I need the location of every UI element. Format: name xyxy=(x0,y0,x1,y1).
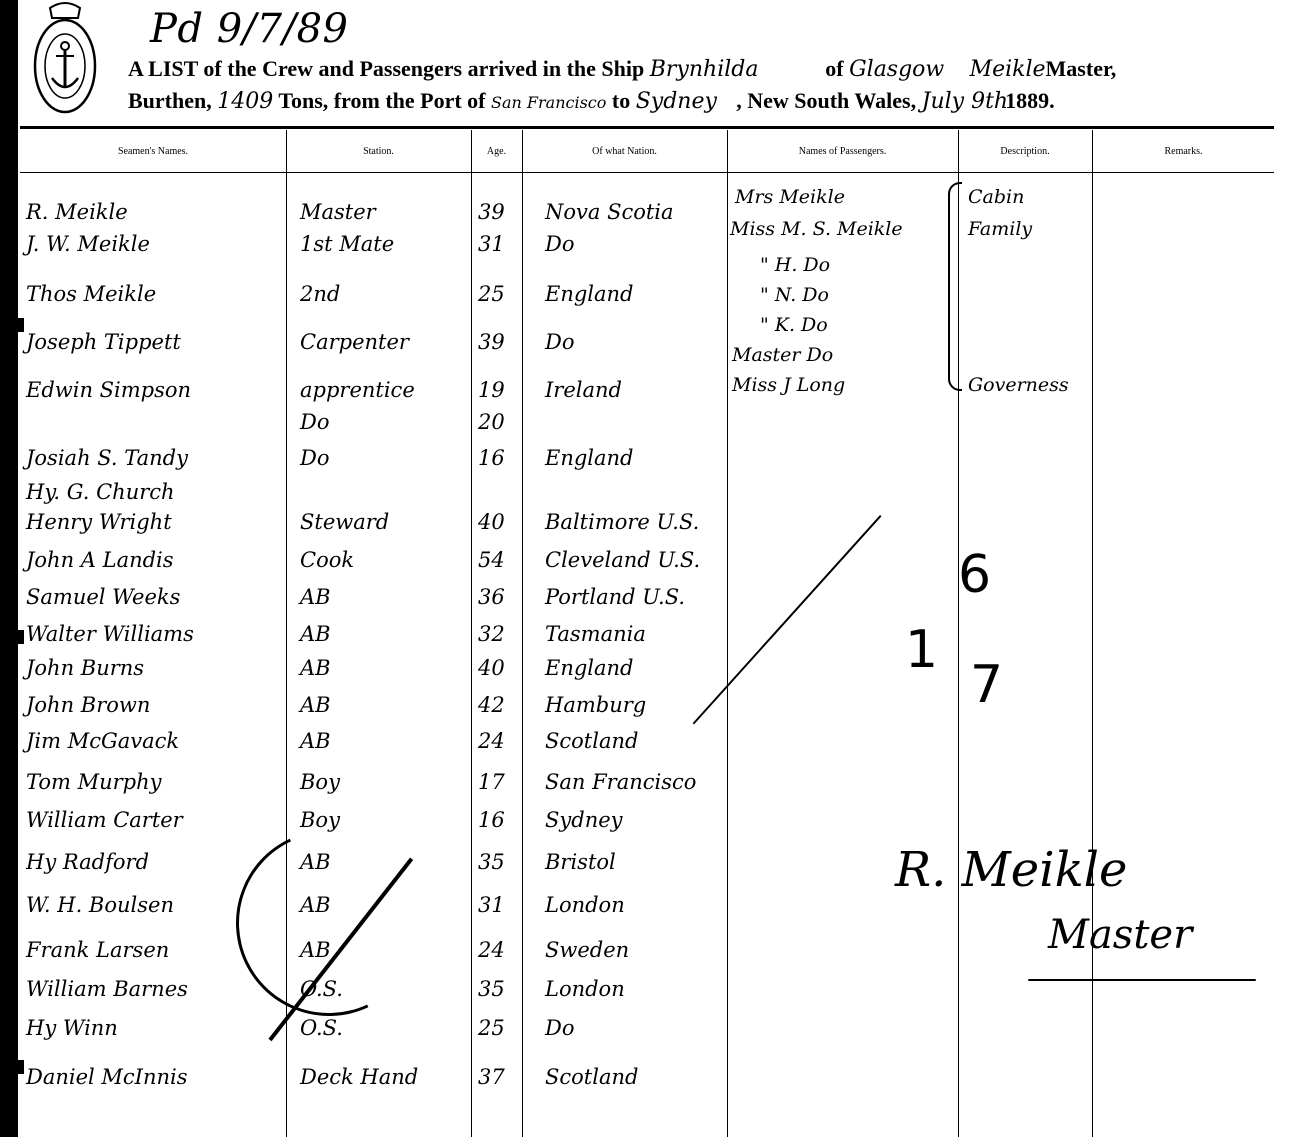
crew-name: John A Landis xyxy=(26,548,174,572)
header-rule xyxy=(20,126,1274,129)
column-divider xyxy=(1092,130,1093,1137)
to-label: to xyxy=(612,88,630,113)
column-divider xyxy=(727,130,728,1137)
scan-edge-notch xyxy=(0,1060,24,1074)
to-port: Sydney xyxy=(636,89,731,114)
crew-station: AB xyxy=(300,693,331,717)
fraction-denominator: 7 xyxy=(970,655,1003,715)
crew-name: Josiah S. Tandy xyxy=(26,446,188,470)
crew-station: AB xyxy=(300,729,331,753)
crew-name: William Carter xyxy=(26,808,183,832)
crew-name: Hy. G. Church xyxy=(26,480,175,504)
crew-age: 37 xyxy=(478,1065,505,1089)
crew-name: William Barnes xyxy=(26,977,188,1001)
crew-nation: Sweden xyxy=(545,938,629,962)
title-line-1: A LIST of the Crew and Passengers arrive… xyxy=(128,56,1116,82)
crew-age: 16 xyxy=(478,446,505,470)
passenger-name: Miss M. S. Meikle xyxy=(730,218,903,240)
port-of-registry: Glasgow xyxy=(849,57,964,82)
passenger-name: " N. Do xyxy=(760,284,829,306)
crew-age: 54 xyxy=(478,548,505,572)
scan-edge-notch xyxy=(0,630,24,644)
crew-age: 40 xyxy=(478,656,505,680)
crew-age: 40 xyxy=(478,510,505,534)
crew-station: Do xyxy=(300,446,329,470)
col-header-seamen-names: Seamen's Names. xyxy=(20,146,286,157)
crew-station: Steward xyxy=(300,510,389,534)
tons-label: Tons, from the Port of xyxy=(278,88,485,113)
paid-annotation: Pd 9/7/89 xyxy=(150,6,348,52)
crew-age: 31 xyxy=(478,232,505,256)
crew-name: Hy Winn xyxy=(26,1016,118,1040)
master-name: Meikle xyxy=(970,57,1046,82)
col-header-station: Station. xyxy=(286,146,471,157)
col-header-nation: Of what Nation. xyxy=(522,146,727,157)
family-bracket xyxy=(948,182,962,391)
crew-station: Master xyxy=(300,200,376,224)
crew-nation: Nova Scotia xyxy=(545,200,674,224)
crew-age: 32 xyxy=(478,622,505,646)
passenger-description: Cabin xyxy=(968,186,1024,208)
crew-station: AB xyxy=(300,656,331,680)
arrival-year: 1889. xyxy=(1005,88,1055,113)
of-label: of xyxy=(825,56,843,81)
crew-name: Samuel Weeks xyxy=(26,585,180,609)
crew-name: Jim McGavack xyxy=(26,729,179,753)
crew-station: AB xyxy=(300,585,331,609)
master-label: Master, xyxy=(1046,56,1117,81)
crew-nation: Scotland xyxy=(545,729,638,753)
shipping-master-seal-icon xyxy=(32,0,98,118)
crew-station: Deck Hand xyxy=(300,1065,418,1089)
crew-station: 1st Mate xyxy=(300,232,394,256)
crew-name: W. H. Boulsen xyxy=(26,893,174,917)
crew-name: Henry Wright xyxy=(26,510,172,534)
master-title: Master xyxy=(1048,912,1192,958)
crew-name: Daniel McInnis xyxy=(26,1065,188,1089)
passenger-name: Miss J Long xyxy=(732,374,845,396)
crew-station: Carpenter xyxy=(300,330,409,354)
crew-age: 16 xyxy=(478,808,505,832)
crew-nation: London xyxy=(545,893,625,917)
crew-nation: Baltimore U.S. xyxy=(545,510,699,534)
crew-age: 19 xyxy=(478,378,505,402)
signature-underline xyxy=(1028,979,1256,981)
col-header-age: Age. xyxy=(471,146,522,157)
crew-station: AB xyxy=(300,622,331,646)
fraction-left: 1 xyxy=(905,620,938,680)
crew-nation: England xyxy=(545,446,634,470)
crew-age: 35 xyxy=(478,977,505,1001)
crew-nation: Sydney xyxy=(545,808,623,832)
crew-age: 25 xyxy=(478,282,505,306)
passenger-name: Mrs Meikle xyxy=(735,186,845,208)
crew-nation: Hamburg xyxy=(545,693,646,717)
crew-name: Edwin Simpson xyxy=(26,378,191,402)
crew-name: Walter Williams xyxy=(26,622,194,646)
column-divider xyxy=(522,130,523,1137)
crew-age: 39 xyxy=(478,200,505,224)
crew-nation: England xyxy=(545,282,634,306)
crew-name: Frank Larsen xyxy=(26,938,169,962)
tonnage: 1409 xyxy=(217,89,273,114)
crew-age: 24 xyxy=(478,729,505,753)
arrival-date: July 9th xyxy=(922,89,1000,114)
column-header-rule xyxy=(20,172,1274,173)
scan-edge-notch xyxy=(0,318,24,332)
crew-station: Boy xyxy=(300,808,340,832)
crew-age: 24 xyxy=(478,938,505,962)
crew-name: R. Meikle xyxy=(26,200,128,224)
title-line-2: Burthen, 1409 Tons, from the Port of San… xyxy=(128,88,1055,114)
crew-nation: Portland U.S. xyxy=(545,585,685,609)
crew-name: John Burns xyxy=(26,656,144,680)
crew-station: apprentice xyxy=(300,378,415,402)
crew-name: Thos Meikle xyxy=(26,282,156,306)
crew-nation: Tasmania xyxy=(545,622,646,646)
crew-age: 25 xyxy=(478,1016,505,1040)
crew-nation: Scotland xyxy=(545,1065,638,1089)
col-header-passengers: Names of Passengers. xyxy=(727,146,958,157)
crew-name: Tom Murphy xyxy=(26,770,162,794)
crew-age: 39 xyxy=(478,330,505,354)
passenger-description: Family xyxy=(968,218,1032,240)
circled-annotation xyxy=(210,804,448,1042)
fraction-slash xyxy=(693,515,882,724)
crew-nation: England xyxy=(545,656,634,680)
passenger-description: Governess xyxy=(968,374,1069,396)
crew-age: 17 xyxy=(478,770,505,794)
burthen-label: Burthen, xyxy=(128,88,212,113)
ship-name: Brynhilda xyxy=(650,57,820,82)
crew-nation: Ireland xyxy=(545,378,622,402)
title-prefix: A LIST of the Crew and Passengers arrive… xyxy=(128,56,644,81)
crew-age: 35 xyxy=(478,850,505,874)
crew-name: John Brown xyxy=(26,693,150,717)
col-header-description: Description. xyxy=(958,146,1092,157)
crew-station: Cook xyxy=(300,548,354,572)
passenger-name: Master Do xyxy=(732,344,833,366)
crew-nation: Do xyxy=(545,232,574,256)
region-label: , New South Wales, xyxy=(736,88,916,113)
crew-nation: Do xyxy=(545,330,574,354)
crew-name: Joseph Tippett xyxy=(26,330,181,354)
crew-station: 2nd xyxy=(300,282,340,306)
crew-nation: Bristol xyxy=(545,850,616,874)
crew-age: 36 xyxy=(478,585,505,609)
crew-station: Boy xyxy=(300,770,340,794)
passenger-name: " K. Do xyxy=(760,314,828,336)
crew-name: Hy Radford xyxy=(26,850,149,874)
crew-nation: Do xyxy=(545,1016,574,1040)
crew-age: 42 xyxy=(478,693,505,717)
crew-name: J. W. Meikle xyxy=(26,232,150,256)
crew-nation: Cleveland U.S. xyxy=(545,548,700,572)
crew-nation: London xyxy=(545,977,625,1001)
master-signature: R. Meikle xyxy=(895,842,1127,898)
from-port: San Francisco xyxy=(491,93,606,112)
crew-nation: San Francisco xyxy=(545,770,696,794)
column-divider xyxy=(471,130,472,1137)
scan-edge xyxy=(0,0,18,1137)
passenger-name: " H. Do xyxy=(760,254,830,276)
col-header-remarks: Remarks. xyxy=(1092,146,1275,157)
crew-station: O.S. xyxy=(300,1016,343,1040)
fraction-numerator: 6 xyxy=(958,545,991,605)
crew-age: 31 xyxy=(478,893,505,917)
crew-age: 20 xyxy=(478,410,505,434)
crew-station: Do xyxy=(300,410,329,434)
